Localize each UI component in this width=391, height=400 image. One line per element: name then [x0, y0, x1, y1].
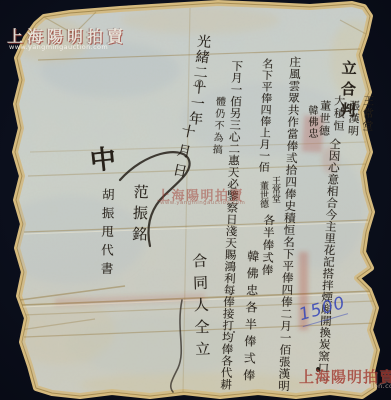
signature-1: 范振銘 — [131, 184, 148, 247]
middleman-mark: 中 — [86, 145, 115, 174]
body-column-3b: 各半俸弍俸 — [261, 214, 275, 277]
sub-name: 王常堂 — [270, 176, 279, 203]
party-name: 韓佛忠 — [306, 105, 316, 140]
auction-watermark-url-bottom: www.yangmingauction.com — [301, 382, 391, 390]
auction-watermark-url-middle: www.yangmingauction.com — [160, 200, 245, 206]
correction-circle-mark: の — [192, 77, 205, 90]
party-name: 張漢明 — [347, 100, 360, 138]
party-name: 王常堂 — [362, 95, 374, 133]
signature-2: 胡振甩代書 — [99, 188, 113, 281]
party-name: 大積恒 — [333, 95, 345, 133]
ink-speck — [233, 331, 235, 333]
auction-watermark-url-top: www.yangmingauction.com — [9, 43, 108, 51]
party-name: 董世德 — [318, 100, 331, 138]
sub-name: 董世德 — [258, 181, 267, 208]
closing-column: 合同人仝立 — [191, 253, 210, 363]
photo-background: 立合判 王常堂 張漢明 大積恒 董世德 韓佛忠 仝因心意相合今主里花記搭拌煙廂開… — [0, 0, 391, 400]
